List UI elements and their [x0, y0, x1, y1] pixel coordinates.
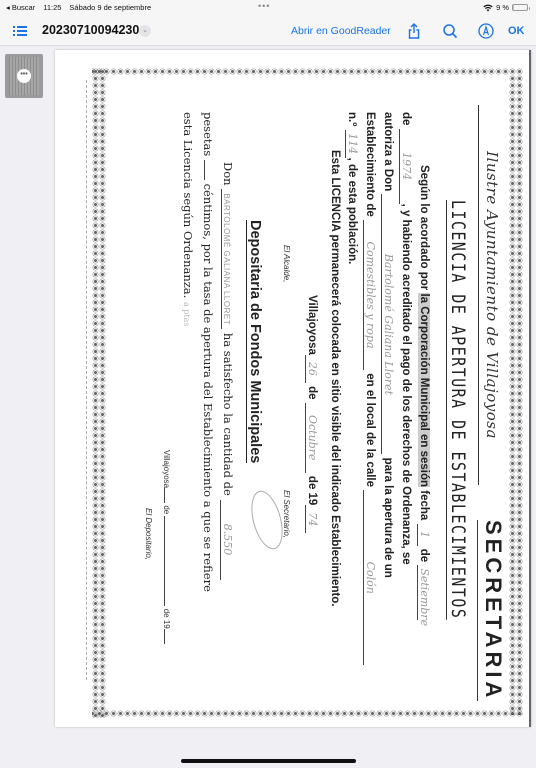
- more-options-icon[interactable]: •••: [17, 69, 31, 83]
- body-line-6: Esta LICENCIA permanecerá colocada en si…: [329, 150, 341, 607]
- decorative-border-top: [509, 75, 523, 715]
- body-line-1: Según lo acordado por la Corporación Mun…: [417, 165, 431, 620]
- perforation-line: [86, 80, 87, 680]
- thumbnail-sidebar: •••: [0, 46, 48, 768]
- search-icon[interactable]: [441, 22, 459, 40]
- back-to-search-link[interactable]: ◂ Buscar: [6, 3, 35, 12]
- deposit-line-2: pesetas céntimos, por la tasa de apertur…: [201, 112, 215, 592]
- ok-button[interactable]: OK: [508, 25, 525, 37]
- document-title[interactable]: 20230710094230: [42, 23, 139, 37]
- issue-date-line: Villajoyosa26 de Octubre de 1974: [305, 295, 319, 533]
- document-page[interactable]: Ilustre Ayuntamiento de Villajoyosa SECR…: [55, 50, 531, 727]
- list-icon[interactable]: [13, 25, 27, 37]
- depositario-label: El Depositario,: [144, 508, 153, 560]
- multitasking-dots-icon[interactable]: •••: [258, 1, 270, 11]
- battery-icon: [512, 4, 528, 11]
- deposit-date-line: Villajoyosa de de 19: [162, 450, 171, 644]
- share-icon[interactable]: [405, 22, 423, 40]
- body-line-4: Establecimiento de Comestibles y ropa en…: [363, 112, 377, 665]
- chevron-down-icon[interactable]: ⌄: [139, 25, 151, 37]
- alcalde-label: El Alcalde,: [282, 245, 291, 283]
- document-title-heading: LICENCIA DE APERTURA DE ESTABLECIMIENTOS: [446, 200, 469, 619]
- deposit-line-1: Don BARTOLOMÉ GALIANA LLORET ha satisfec…: [220, 162, 235, 580]
- body-line-3: autoriza a Don Bartolomé Galiana Lloret …: [381, 112, 395, 578]
- battery-percent: 9 %: [496, 3, 509, 12]
- battery-fill: [513, 5, 514, 10]
- secretario-label: El Secretario,: [282, 490, 291, 538]
- deposit-section-title: Depositaria de Fondos Municipales: [246, 220, 263, 463]
- status-time: 11:25: [43, 3, 61, 12]
- body-line-2: de 1974, y habiendo acreditado el pago d…: [399, 112, 413, 565]
- decorative-border-right: [92, 710, 523, 717]
- document-header: Ilustre Ayuntamiento de Villajoyosa: [478, 105, 501, 485]
- markup-icon[interactable]: [477, 22, 495, 40]
- decorative-border-bottom: [92, 68, 106, 718]
- navigation-bar: 20230710094230 ⌄ Abrir en GoodReader OK: [0, 16, 536, 46]
- home-indicator[interactable]: [181, 759, 356, 763]
- body-line-5: n.º 114, de esta población.: [345, 112, 359, 264]
- deposit-line-3: esta Licencia según Ordenanza. a ptas: [181, 112, 195, 327]
- decorative-border-left: [92, 68, 523, 75]
- status-date: Sábado 9 de septiembre: [69, 3, 151, 12]
- license-document: Ilustre Ayuntamiento de Villajoyosa SECR…: [55, 50, 531, 727]
- section-heading: SECRETARIA: [477, 520, 506, 701]
- status-bar: ◂ Buscar 11:25 Sábado 9 de septiembre ••…: [0, 0, 536, 16]
- page-thumbnail[interactable]: •••: [5, 54, 43, 98]
- open-in-goodreader-button[interactable]: Abrir en GoodReader: [291, 25, 391, 37]
- wifi-icon: [483, 4, 493, 12]
